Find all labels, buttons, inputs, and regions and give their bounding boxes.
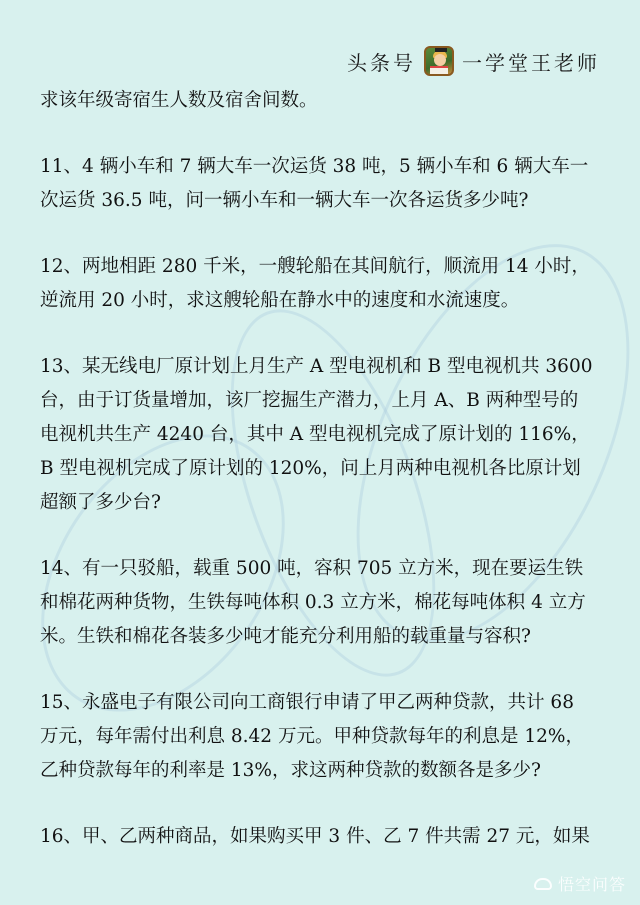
problem-14: 14、有一只驳船，载重 500 吨，容积 705 立方米，现在要运生铁 和棉花两… [40, 552, 605, 654]
author-name: 一学堂王老师 [462, 47, 600, 76]
text-line: 14、有一只驳船，载重 500 吨，容积 705 立方米，现在要运生铁 [40, 552, 605, 586]
text-line: B 型电视机完成了原计划的 120%，问上月两种电视机各比原计划 [40, 452, 605, 486]
problem-13: 13、某无线电厂原计划上月生产 A 型电视机和 B 型电视机共 3600 台，由… [40, 350, 605, 520]
text-line: 12、两地相距 280 千米，一艘轮船在其间航行，顺流用 14 小时， [40, 250, 605, 284]
problem-document: 求该年级寄宿生人数及宿舍间数。 11、4 辆小车和 7 辆大车一次运货 38 吨… [40, 84, 605, 854]
text-line: 和棉花两种货物，生铁每吨体积 0.3 立方米，棉花每吨体积 4 立方 [40, 586, 605, 620]
text-line: 逆流用 20 小时，求这艘轮船在静水中的速度和水流速度。 [40, 284, 605, 318]
text-line: 次运货 36.5 吨，问一辆小车和一辆大车一次各运货多少吨? [40, 184, 605, 218]
brand-text: 悟空问答 [558, 872, 626, 895]
author-header: 头条号 一学堂王老师 [347, 46, 600, 76]
text-line: 超额了多少台? [40, 486, 605, 520]
intro-paragraph: 求该年级寄宿生人数及宿舍间数。 [40, 84, 605, 118]
teacher-avatar-icon [424, 46, 454, 76]
problem-11: 11、4 辆小车和 7 辆大车一次运货 38 吨，5 辆小车和 6 辆大车一 次… [40, 150, 605, 218]
text-line: 11、4 辆小车和 7 辆大车一次运货 38 吨，5 辆小车和 6 辆大车一 [40, 150, 605, 184]
text-line: 16、甲、乙两种商品，如果购买甲 3 件、乙 7 件共需 27 元，如果 [40, 820, 605, 854]
problem-15: 15、永盛电子有限公司向工商银行申请了甲乙两种贷款，共计 68 万元，每年需付出… [40, 686, 605, 788]
text-line: 13、某无线电厂原计划上月生产 A 型电视机和 B 型电视机共 3600 [40, 350, 605, 384]
text-line: 万元，每年需付出利息 8.42 万元。甲种贷款每年的利息是 12%， [40, 720, 605, 754]
header-prefix: 头条号 [347, 47, 416, 76]
text-line: 15、永盛电子有限公司向工商银行申请了甲乙两种贷款，共计 68 [40, 686, 605, 720]
text-line: 台，由于订货量增加，该厂挖掘生产潜力，上月 A、B 两种型号的 [40, 384, 605, 418]
problem-16: 16、甲、乙两种商品，如果购买甲 3 件、乙 7 件共需 27 元，如果 [40, 820, 605, 854]
wukong-watermark: 悟空问答 [534, 872, 626, 895]
text-line: 米。生铁和棉花各装多少吨才能充分利用船的载重量与容积? [40, 620, 605, 654]
problem-12: 12、两地相距 280 千米，一艘轮船在其间航行，顺流用 14 小时， 逆流用 … [40, 250, 605, 318]
text-line: 电视机共生产 4240 台，其中 A 型电视机完成了原计划的 116%， [40, 418, 605, 452]
text-line: 乙种贷款每年的利率是 13%，求这两种贷款的数额各是多少? [40, 754, 605, 788]
text-line: 求该年级寄宿生人数及宿舍间数。 [40, 84, 605, 118]
wukong-logo-icon [534, 878, 552, 890]
